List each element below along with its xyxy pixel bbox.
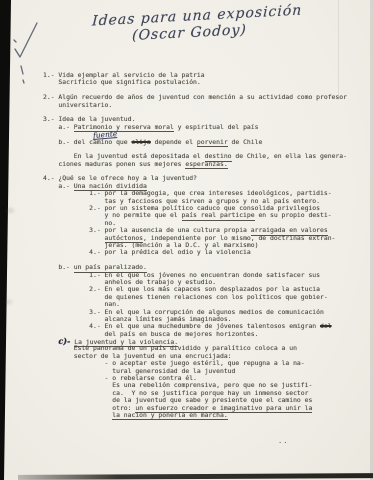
scanned-document-page: Ideas para una exposición (Oscar Godoy) … — [0, 0, 373, 480]
typed-line: b.- del camino que elija depende el porv… — [43, 139, 347, 146]
typed-text: b.- — [58, 264, 73, 271]
underlined-text: esperanzas. — [185, 161, 227, 169]
struck-text: del — [320, 323, 332, 330]
typed-line: ciones maduras ponen sus mejores esperan… — [43, 161, 347, 168]
typed-text: y no permite que el — [105, 212, 182, 219]
typed-line: del país en busca de mejores horizontes. — [43, 331, 347, 338]
typed-text: depende el — [151, 139, 197, 146]
handwritten-annotation: c)- — [58, 338, 70, 345]
typed-line: y no permite que el país real participe … — [43, 212, 347, 219]
typed-text: y espiritual del país — [174, 124, 259, 131]
typed-text: a.- — [58, 183, 73, 190]
typed-text: de Chile — [228, 139, 263, 146]
underlined-text: la nación y ponerla en marcha. — [112, 412, 227, 420]
typed-line: la nación y ponerla en marcha. — [43, 412, 347, 419]
typed-line: 4.- por la prédica del odio y la violenc… — [43, 249, 347, 256]
underlined-text: Patrimonio y reserva moral — [74, 124, 174, 132]
scan-edge-bottom — [18, 473, 373, 480]
typed-text: Sacrificio que significa postulación. — [58, 79, 200, 86]
typed-text: de Chile, en ella las genera- — [232, 153, 347, 160]
typed-text: universitario. — [58, 102, 112, 109]
typed-text: del país en busca de mejores horizontes. — [105, 331, 259, 338]
typed-text: de quienes tienen relaciones con los pol… — [105, 294, 328, 301]
scan-smudge — [6, 208, 14, 213]
typed-text: 4.- por la prédica del odio y la violenc… — [89, 249, 251, 256]
footer-mark: .. — [278, 437, 288, 445]
typed-text: a.- — [58, 124, 73, 131]
typed-text: en su propio desti- — [255, 212, 332, 219]
typed-line: universitario. — [43, 102, 347, 109]
typed-line: a.- Patrimonio y reserva moral y espirit… — [43, 124, 347, 131]
underlined-text: país real participe — [182, 212, 255, 220]
typed-line: de quienes tienen relaciones con los pol… — [43, 294, 347, 301]
typed-line: Sacrificio que significa postulación. — [43, 79, 347, 86]
underlined-text: porvenir — [197, 139, 228, 147]
typed-lines: 1.- Vida ejemplar al servicio de la patr… — [43, 72, 347, 419]
struck-text: elija — [131, 139, 150, 146]
typed-text: ciones maduras ponen sus mejores — [58, 161, 185, 168]
scan-smudge — [5, 300, 12, 304]
